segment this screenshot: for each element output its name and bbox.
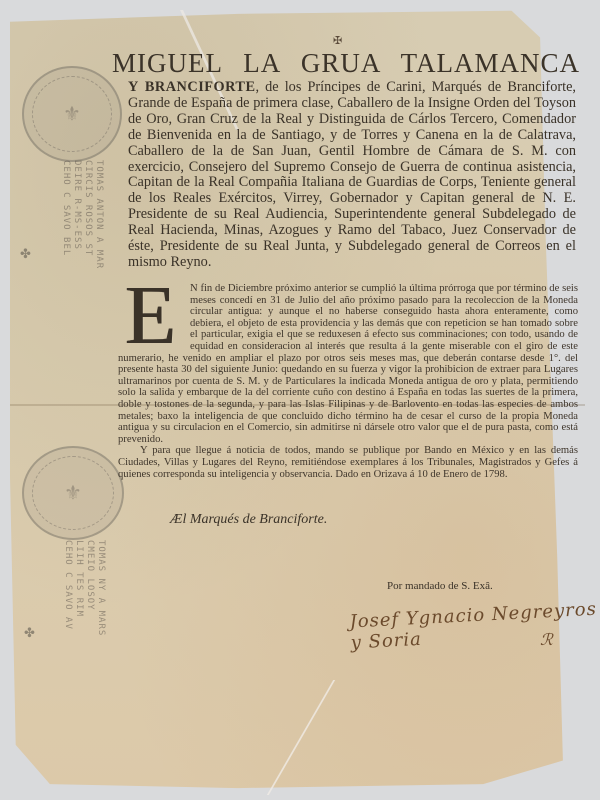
crest-icon: ⚜ bbox=[63, 102, 81, 127]
stamp-text-top: TOMAS ANTON A MAR CIRCIS ROSOS ST DEIRE … bbox=[60, 160, 104, 290]
decree-paragraph-1: N fin de Diciembre próximo anterior se c… bbox=[118, 283, 578, 445]
by-order-line: Por mandado de S. Exâ. bbox=[387, 580, 493, 592]
decree-paragraph-2: Y para que llegue á noticia de todos, ma… bbox=[118, 445, 578, 480]
title-continuation: Y BRANCIFORTE bbox=[128, 79, 256, 95]
fleur-ornament-top: ✤ bbox=[20, 246, 31, 262]
decree-body: E N fin de Diciembre próximo anterior se… bbox=[118, 283, 578, 480]
seal-stamp-top: ⚜ bbox=[22, 66, 122, 162]
titles-paragraph: Y BRANCIFORTE, de los Príncipes de Carin… bbox=[128, 80, 576, 271]
cross-icon: ✠ bbox=[333, 34, 342, 47]
rubric-flourish: ℛ bbox=[540, 630, 553, 650]
seal-stamp-bottom: ⚜ bbox=[22, 446, 124, 540]
fleur-ornament-bottom: ✤ bbox=[24, 625, 35, 641]
stamp-text-bottom: TOMAS NY A MARS CMEIO LOSOY LIIH TES RIM… bbox=[62, 540, 106, 710]
decorated-initial: E bbox=[118, 281, 184, 351]
crest-icon: ⚜ bbox=[64, 481, 82, 506]
document-title: MIGUEL LA GRUA TALAMANCA bbox=[112, 50, 580, 77]
printed-signature: Æl Marqués de Branciforte. bbox=[170, 512, 327, 528]
titles-text: , de los Príncipes de Carini, Marqués de… bbox=[128, 79, 576, 270]
